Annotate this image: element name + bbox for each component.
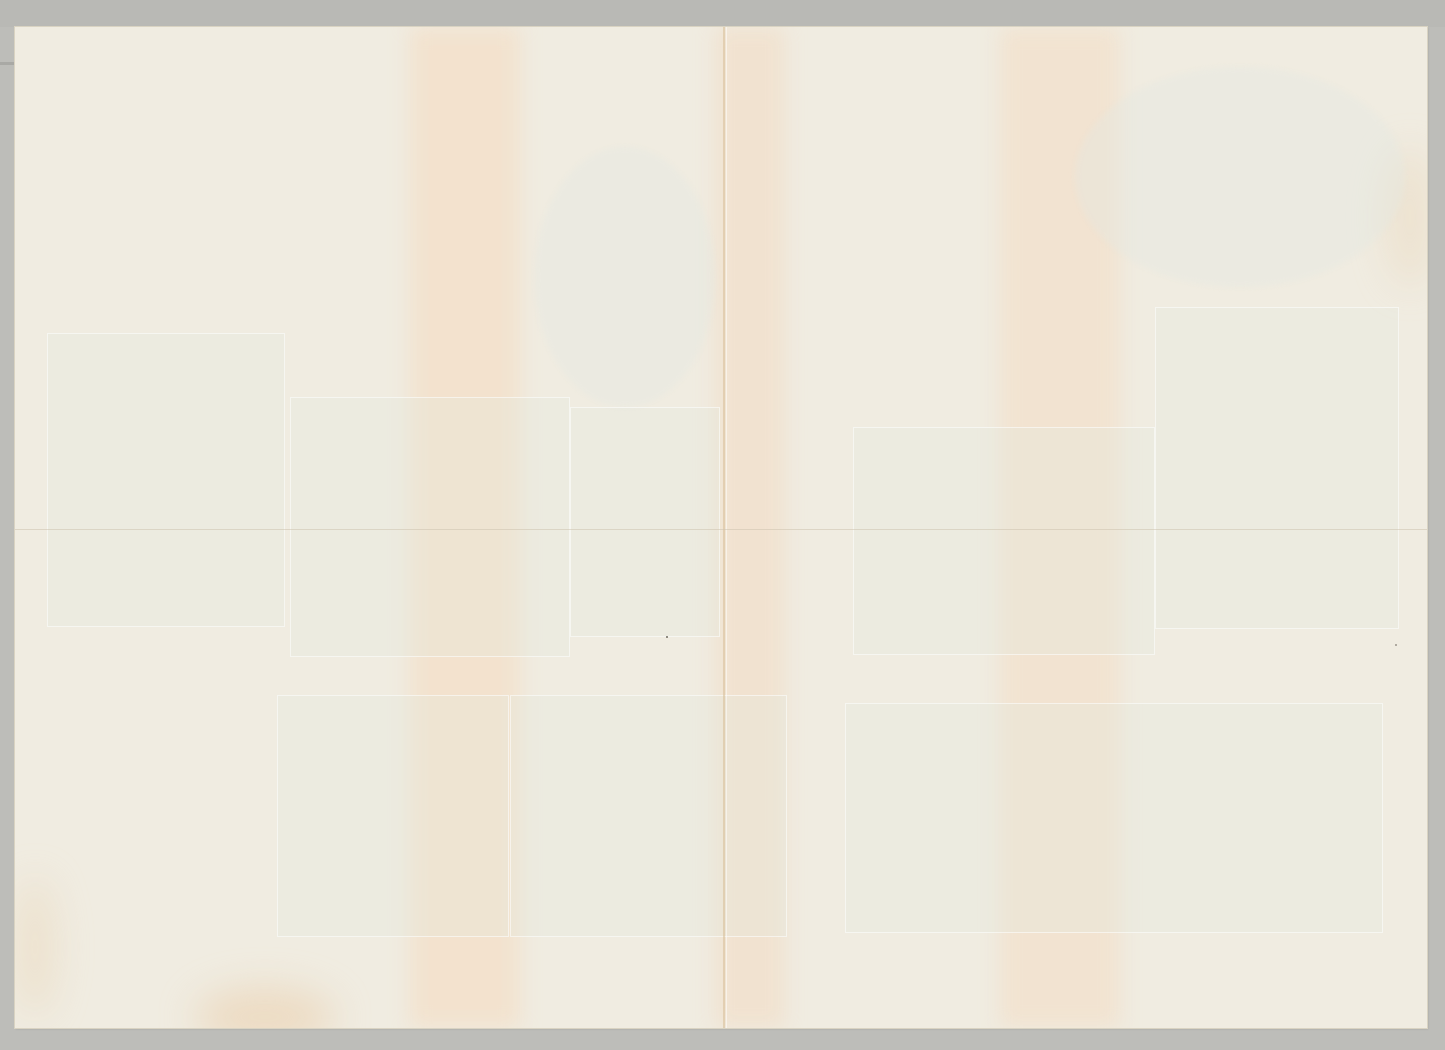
- edge-stain: [195, 987, 335, 1028]
- ghost-shape: [1075, 67, 1405, 287]
- ghost-panel-left-bottom-1: [277, 695, 509, 937]
- ghost-panel-left-top-1: [47, 333, 285, 627]
- ghost-panel-right-mid-1: [853, 427, 1155, 655]
- ghost-panel-right-top: [1155, 307, 1399, 629]
- scanner-bed-top: [0, 0, 1445, 27]
- horizontal-fold: [15, 529, 1427, 530]
- ghost-panel-left-bottom-2: [510, 695, 787, 937]
- scanner-bed-mark: [0, 62, 14, 65]
- ghost-panel-left-mid: [570, 407, 720, 637]
- vertical-fold: [723, 27, 725, 1028]
- ghost-shape: [535, 147, 715, 407]
- ghost-panel-right-bottom: [845, 703, 1383, 933]
- edge-stain: [15, 877, 55, 1017]
- ghost-panel-left-top-2: [290, 397, 570, 657]
- vertical-fold-highlight: [726, 27, 727, 1028]
- dust-speck: [666, 636, 668, 638]
- dust-speck: [1395, 644, 1397, 646]
- paper-sheet: [15, 27, 1427, 1028]
